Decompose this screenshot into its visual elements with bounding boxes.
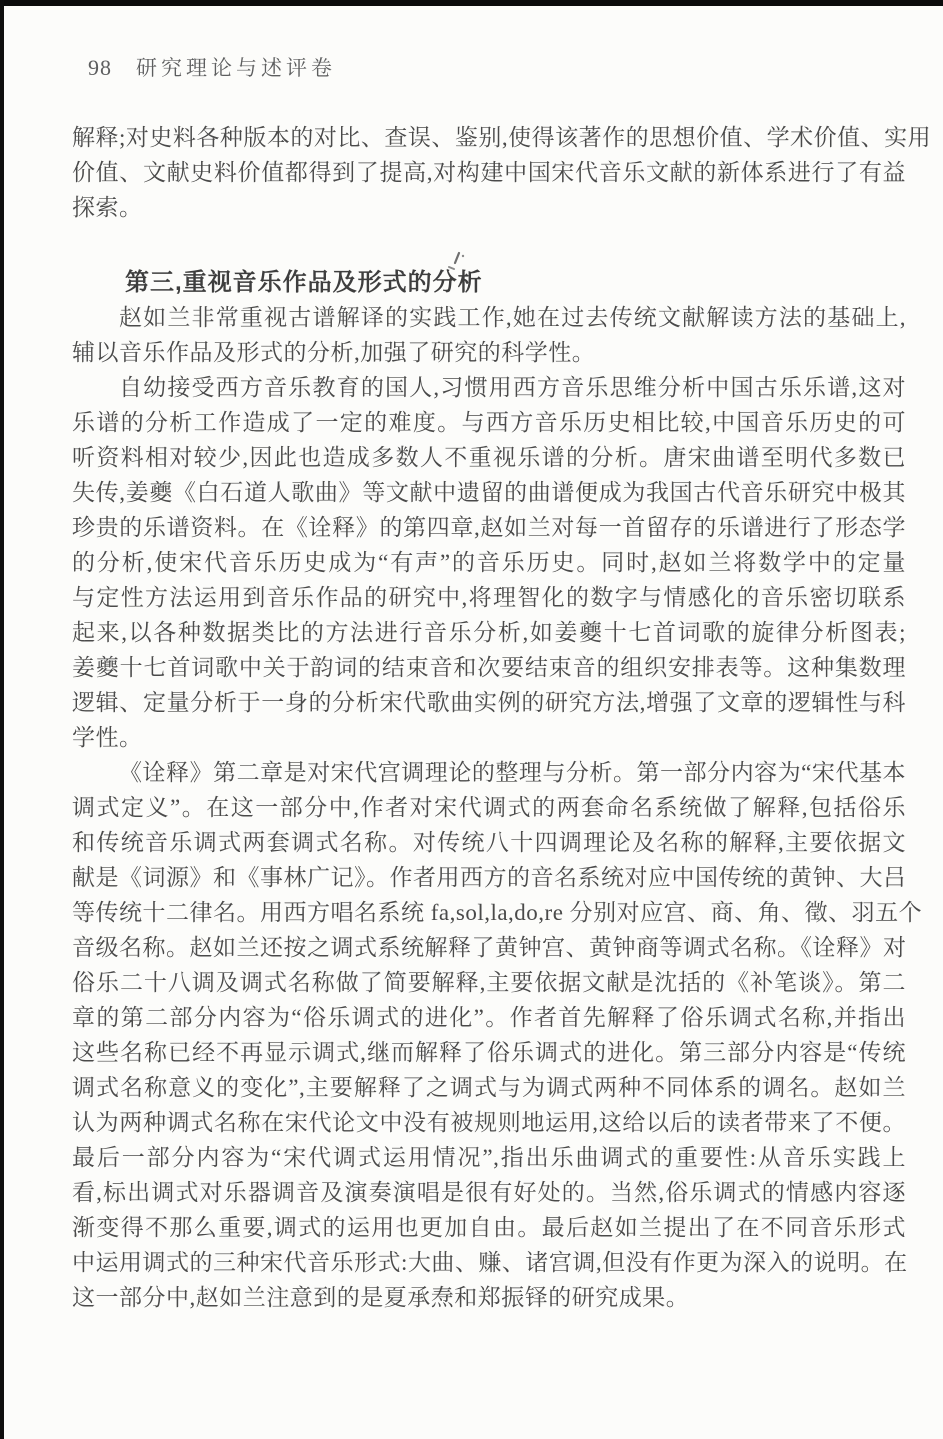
- body-text-column: 解释;对史料各种版本的对比、查误、鉴别,使得该著作的思想价值、学术价值、实用价值…: [72, 120, 906, 1315]
- text-line: 和传统音乐调式两套调式名称。对传统八十四调理论及名称的解释,主要依据文: [72, 825, 906, 860]
- text-line: 音级名称。赵如兰还按之调式系统解释了黄钟宫、黄钟商等调式名称。《诠释》对: [72, 930, 906, 965]
- section-heading: 第三,重视音乐作品及形式的分析: [72, 265, 906, 300]
- text-line: 《诠释》第二章是对宋代宫调理论的整理与分析。第一部分内容为“宋代基本: [72, 755, 906, 790]
- text-line: 调式名称意义的变化”,主要解释了之调式与为调式两种不同体系的调名。赵如兰: [72, 1070, 906, 1105]
- scanned-book-page: { "page": { "header": { "page_number": "…: [0, 0, 943, 1439]
- paragraph: 自幼接受西方音乐教育的国人,习惯用西方音乐思维分析中国古乐乐谱,这对乐谱的分析工…: [72, 370, 906, 755]
- text-line: 探索。: [72, 190, 906, 225]
- text-line: 调式定义”。在这一部分中,作者对宋代调式的两套命名系统做了解释,包括俗乐: [72, 790, 906, 825]
- text-line: 辅以音乐作品及形式的分析,加强了研究的科学性。: [72, 335, 906, 370]
- text-line: 价值、文献史料价值都得到了提高,对构建中国宋代音乐文献的新体系进行了有益: [72, 155, 906, 190]
- text-line: 中运用调式的三种宋代音乐形式:大曲、赚、诸宫调,但没有作更为深入的说明。在: [72, 1245, 906, 1280]
- running-header: 98 研究理论与述评卷: [88, 52, 336, 82]
- text-line: 看,标出调式对乐器调音及演奏演唱是很有好处的。当然,俗乐调式的情感内容逐: [72, 1175, 906, 1210]
- text-line: 自幼接受西方音乐教育的国人,习惯用西方音乐思维分析中国古乐乐谱,这对: [72, 370, 906, 405]
- text-line: 章的第二部分内容为“俗乐调式的进化”。作者首先解释了俗乐调式名称,并指出: [72, 1000, 906, 1035]
- scan-top-edge: [0, 0, 943, 6]
- text-line: 逻辑、定量分析于一身的分析宋代歌曲实例的研究方法,增强了文章的逻辑性与科: [72, 685, 906, 720]
- text-line: 献是《词源》和《事林广记》。作者用西方的音名系统对应中国传统的黄钟、大吕: [72, 860, 906, 895]
- text-line: 姜夔十七首词歌中关于韵词的结束音和次要结束音的组织安排表等。这种集数理: [72, 650, 906, 685]
- text-line: 赵如兰非常重视古谱解译的实践工作,她在过去传统文献解读方法的基础上,: [72, 300, 906, 335]
- text-line: 学性。: [72, 720, 906, 755]
- running-title: 研究理论与述评卷: [136, 52, 336, 82]
- text-line: 等传统十二律名。用西方唱名系统 fa,sol,la,do,re 分别对应宫、商、…: [72, 895, 906, 930]
- text-line: 听资料相对较少,因此也造成多数人不重视乐谱的分析。唐宋曲谱至明代多数已: [72, 440, 906, 475]
- text-line: 俗乐二十八调及调式名称做了简要解释,主要依据文献是沈括的《补笔谈》。第二: [72, 965, 906, 1000]
- text-line: 最后一部分内容为“宋代调式运用情况”,指出乐曲调式的重要性:从音乐实践上: [72, 1140, 906, 1175]
- text-line: 的分析,使宋代音乐历史成为“有声”的音乐历史。同时,赵如兰将数学中的定量: [72, 545, 906, 580]
- text-line: 这一部分中,赵如兰注意到的是夏承焘和郑振铎的研究成果。: [72, 1280, 906, 1315]
- paragraph: 《诠释》第二章是对宋代宫调理论的整理与分析。第一部分内容为“宋代基本调式定义”。…: [72, 755, 906, 1315]
- text-line: 起来,以各种数据类比的方法进行音乐分析,如姜夔十七首词歌的旋律分析图表;: [72, 615, 906, 650]
- scan-left-edge: [0, 0, 4, 1439]
- text-line: 这些名称已经不再显示调式,继而解释了俗乐调式的进化。第三部分内容是“传统: [72, 1035, 906, 1070]
- text-line: 失传,姜夔《白石道人歌曲》等文献中遗留的曲谱便成为我国古代音乐研究中极其: [72, 475, 906, 510]
- text-line: 乐谱的分析工作造成了一定的难度。与西方音乐历史相比较,中国音乐历史的可: [72, 405, 906, 440]
- page-number: 98: [88, 55, 112, 81]
- text-line: 解释;对史料各种版本的对比、查误、鉴别,使得该著作的思想价值、学术价值、实用: [72, 120, 906, 155]
- paragraph: 赵如兰非常重视古谱解译的实践工作,她在过去传统文献解读方法的基础上,辅以音乐作品…: [72, 300, 906, 370]
- text-line: 认为两种调式名称在宋代论文中没有被规则地运用,这给以后的读者带来了不便。: [72, 1105, 906, 1140]
- text-line: 珍贵的乐谱资料。在《诠释》的第四章,赵如兰对每一首留存的乐谱进行了形态学: [72, 510, 906, 545]
- paragraph: 解释;对史料各种版本的对比、查误、鉴别,使得该著作的思想价值、学术价值、实用价值…: [72, 120, 906, 225]
- text-line: 渐变得不那么重要,调式的运用也更加自由。最后赵如兰提出了在不同音乐形式: [72, 1210, 906, 1245]
- text-line: 与定性方法运用到音乐作品的研究中,将理智化的数字与情感化的音乐密切联系: [72, 580, 906, 615]
